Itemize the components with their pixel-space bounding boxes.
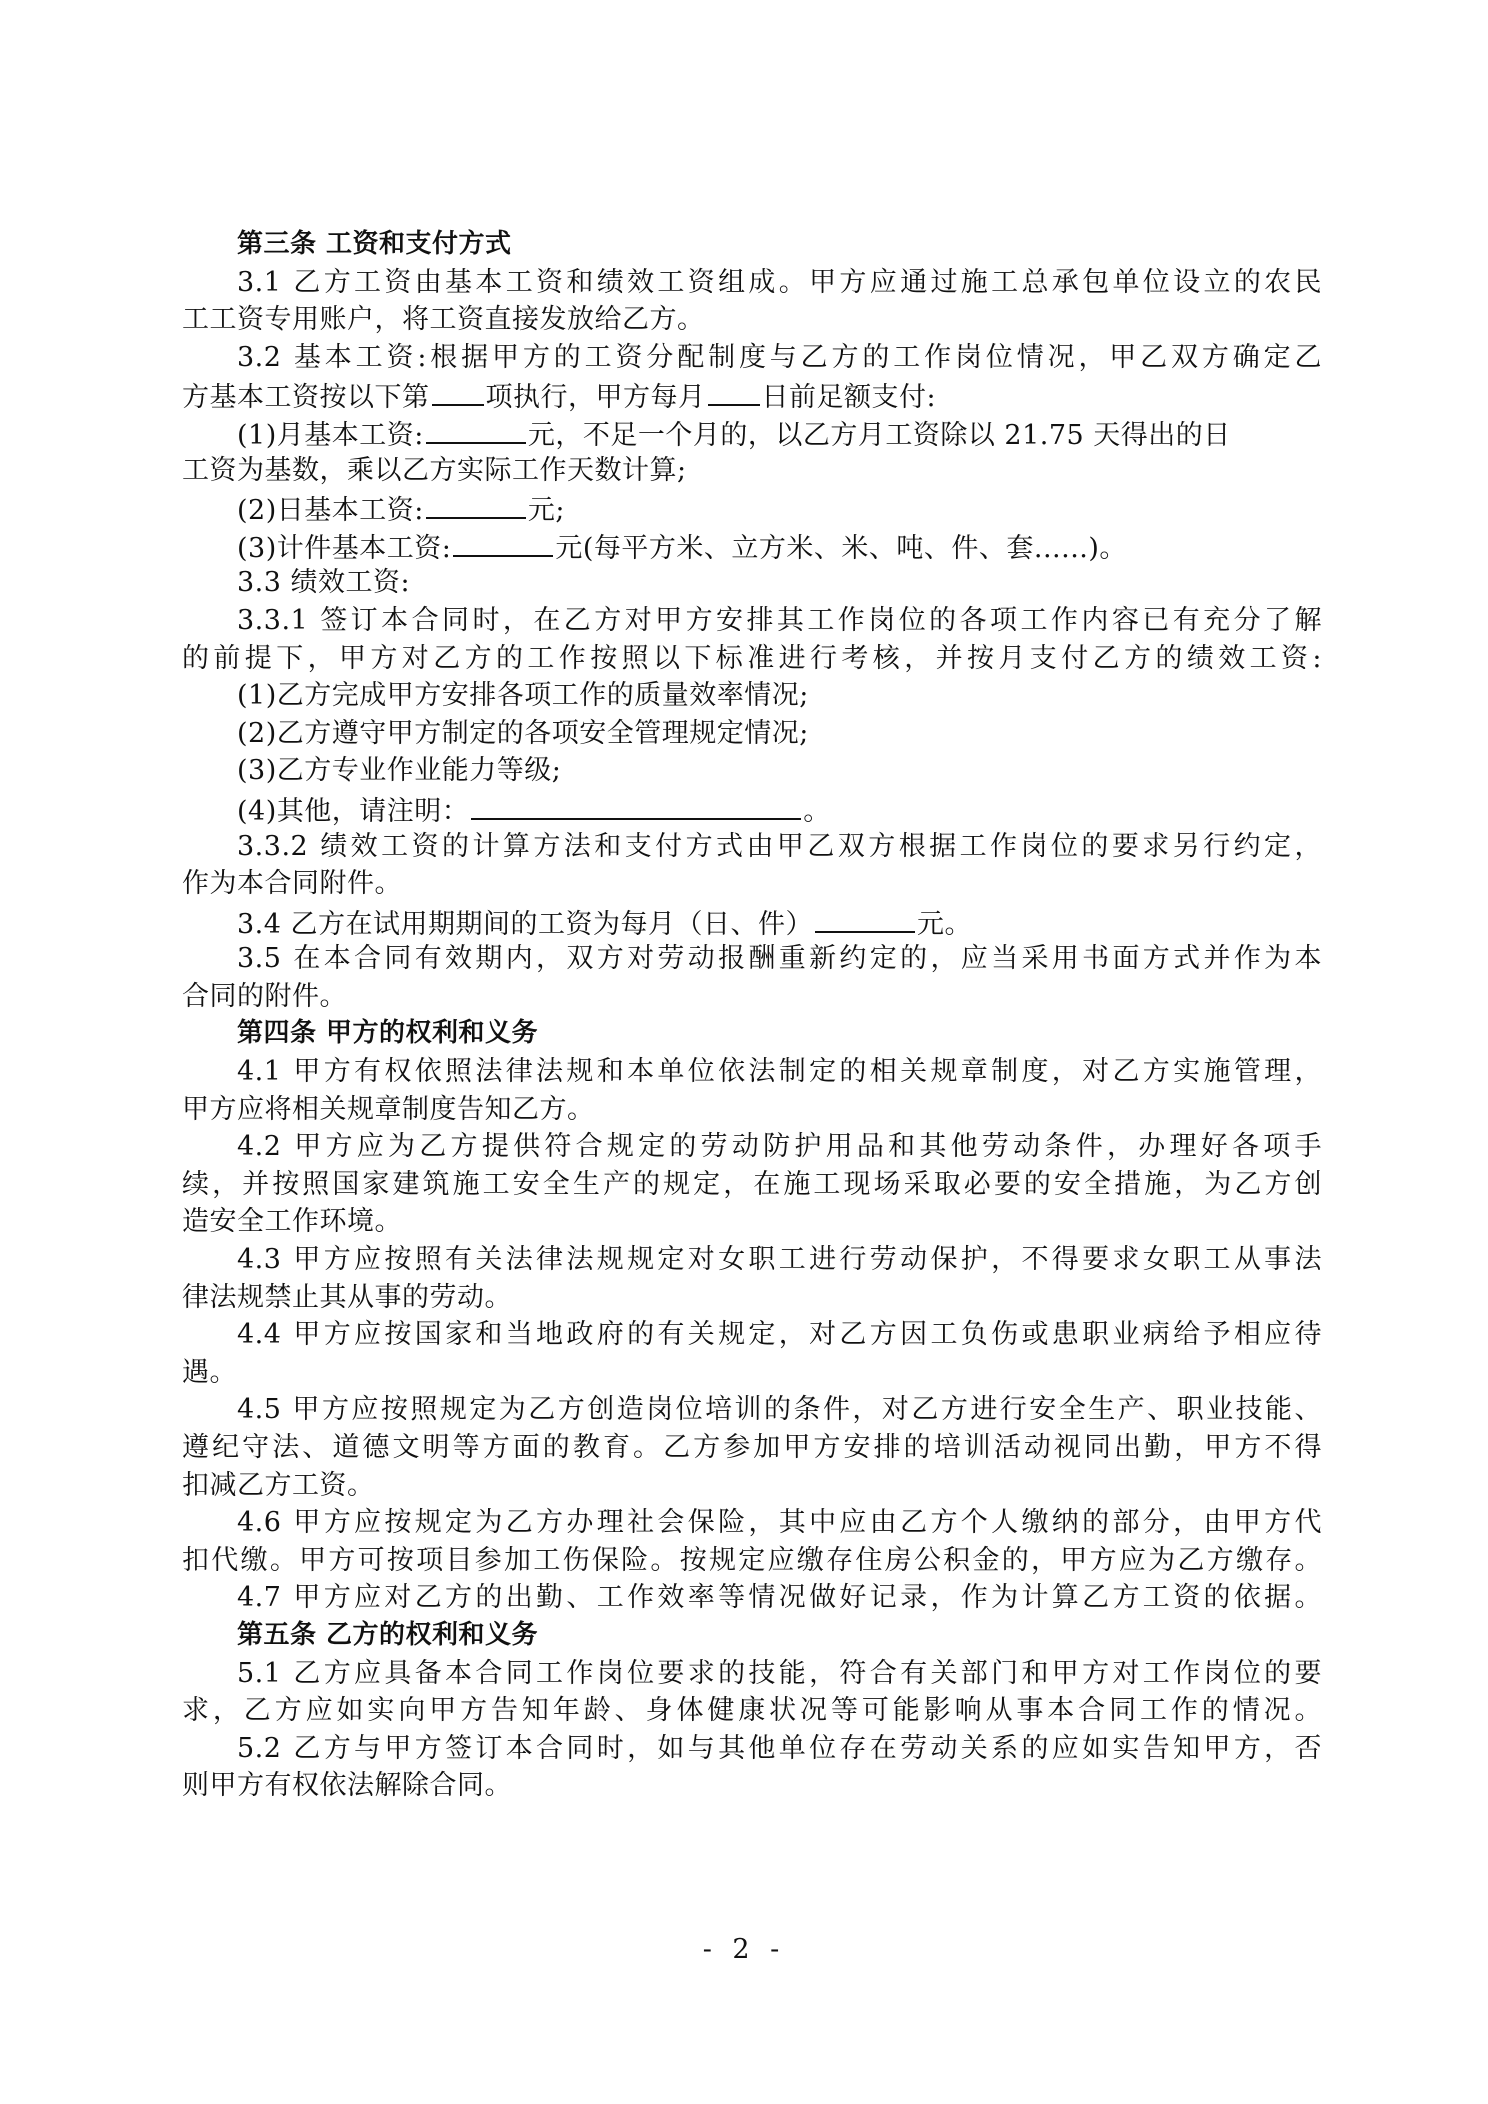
clause-3-3-2-line-1: 3.3.2 绩效工资的计算方法和支付方式由甲乙双方根据工作岗位的要求另行约定，	[182, 828, 1322, 866]
piece-wage-blank[interactable]	[453, 527, 553, 557]
piece-wage-unit: 元(每平方米、立方米、米、吨、件、套......)。	[555, 533, 1127, 564]
clause-3-3-2-line-2: 作为本合同附件。	[182, 865, 1322, 903]
clause-3-2-text-a: 方基本工资按以下第	[182, 382, 430, 413]
daily-wage-label: (2)日基本工资:	[237, 495, 424, 526]
clause-3-5-line-1: 3.5 在本合同有效期内，双方对劳动报酬重新约定的，应当采用书面方式并作为本	[182, 940, 1322, 978]
criteria-item-3: (3)乙方专业作业能力等级;	[182, 752, 1322, 790]
article-5-line-3: 5.2 乙方与甲方签订本合同时，如与其他单位存在劳动关系的应如实告知甲方，否	[182, 1730, 1322, 1768]
article-4-line-9: 遇。	[182, 1354, 1322, 1392]
criteria-other-end: 。	[803, 796, 831, 827]
article-5-line-1: 5.1 乙方应具备本合同工作岗位要求的技能，符合有关部门和甲方对工作岗位的要	[182, 1655, 1322, 1693]
monthly-wage-label: (1)月基本工资:	[237, 420, 424, 451]
page-number: - 2 -	[0, 1934, 1488, 1965]
article-4-body: 4.1 甲方有权依照法律法规和本单位依法制定的相关规章制度，对乙方实施管理，甲方…	[182, 1053, 1322, 1617]
article-4-line-8: 4.4 甲方应按国家和当地政府的有关规定，对乙方因工负伤或患职业病给予相应待	[182, 1316, 1322, 1354]
article-4-line-1: 4.1 甲方有权依照法律法规和本单位依法制定的相关规章制度，对乙方实施管理，	[182, 1053, 1322, 1091]
clause-3-2-line-1: 3.2 基本工资:根据甲方的工资分配制度与乙方的工作岗位情况，甲乙双方确定乙	[182, 339, 1322, 377]
criteria-item-1: (1)乙方完成甲方安排各项工作的质量效率情况;	[182, 677, 1322, 715]
article-4-line-5: 造安全工作环境。	[182, 1203, 1322, 1241]
criteria-item-2: (2)乙方遵守甲方制定的各项安全管理规定情况;	[182, 715, 1322, 753]
article-4-line-4: 续，并按照国家建筑施工安全生产的规定，在施工现场采取必要的安全措施，为乙方创	[182, 1166, 1322, 1204]
clause-3-1-line-2: 工工资专用账户，将工资直接发放给乙方。	[182, 301, 1322, 339]
clause-3-5-line-2: 合同的附件。	[182, 978, 1322, 1016]
article-4-line-10: 4.5 甲方应按照规定为乙方创造岗位培训的条件，对乙方进行安全生产、职业技能、	[182, 1391, 1322, 1429]
clause-3-3-1-line-2: 的前提下，甲方对乙方的工作按照以下标准进行考核，并按月支付乙方的绩效工资:	[182, 640, 1322, 678]
clause-3-2-2: (2)日基本工资:元;	[182, 489, 1322, 527]
probation-wage-unit: 元。	[917, 909, 972, 940]
monthly-wage-text: 元，不足一个月的，以乙方月工资除以 21.75 天得出的日	[528, 420, 1231, 451]
article-4-line-13: 4.6 甲方应按规定为乙方办理社会保险，其中应由乙方个人缴纳的部分，由甲方代	[182, 1504, 1322, 1542]
daily-wage-blank[interactable]	[426, 489, 526, 519]
monthly-wage-blank[interactable]	[426, 414, 526, 444]
article-4-line-15: 4.7 甲方应对乙方的出勤、工作效率等情况做好记录，作为计算乙方工资的依据。	[182, 1579, 1322, 1617]
article-4-line-12: 扣减乙方工资。	[182, 1467, 1322, 1505]
clause-3-2-1-line-1: (1)月基本工资:元，不足一个月的，以乙方月工资除以 21.75 天得出的日	[182, 414, 1322, 452]
article-4-line-6: 4.3 甲方应按照有关法律法规规定对女职工进行劳动保护，不得要求女职工从事法	[182, 1241, 1322, 1279]
clause-3-4: 3.4 乙方在试用期期间的工资为每月（日、件）元。	[182, 903, 1322, 941]
clause-3-2-text-b: 项执行，甲方每月	[486, 382, 706, 413]
clause-3-3: 3.3 绩效工资:	[182, 564, 1322, 602]
article-4-line-14: 扣代缴。甲方可按项目参加工伤保险。按规定应缴存住房公积金的，甲方应为乙方缴存。	[182, 1542, 1322, 1580]
probation-wage-text: 3.4 乙方在试用期期间的工资为每月（日、件）	[237, 909, 813, 940]
article-4-line-11: 遵纪守法、道德文明等方面的教育。乙方参加甲方安排的培训活动视同出勤，甲方不得	[182, 1429, 1322, 1467]
item-number-blank[interactable]	[432, 376, 484, 406]
section-heading-article-3: 第三条 工资和支付方式	[182, 226, 1322, 264]
pay-day-blank[interactable]	[708, 376, 760, 406]
clause-3-2-line-2: 方基本工资按以下第项执行，甲方每月日前足额支付:	[182, 376, 1322, 414]
criteria-other-label: (4)其他，请注明：	[237, 796, 469, 827]
piece-wage-label: (3)计件基本工资:	[237, 533, 451, 564]
article-5-line-2: 求，乙方应如实向甲方告知年龄、身体健康状况等可能影响从事本合同工作的情况。	[182, 1692, 1322, 1730]
clause-3-2-1-line-2: 工资为基数，乘以乙方实际工作天数计算;	[182, 452, 1322, 490]
criteria-other-blank[interactable]	[471, 790, 801, 820]
article-4-line-2: 甲方应将相关规章制度告知乙方。	[182, 1091, 1322, 1129]
article-4-line-7: 律法规禁止其从事的劳动。	[182, 1279, 1322, 1317]
document-page: 第三条 工资和支付方式 3.1 乙方工资由基本工资和绩效工资组成。甲方应通过施工…	[182, 226, 1322, 1805]
clause-3-2-text-c: 日前足额支付:	[762, 382, 937, 413]
article-4-line-3: 4.2 甲方应为乙方提供符合规定的劳动防护用品和其他劳动条件，办理好各项手	[182, 1128, 1322, 1166]
article-5-line-4: 则甲方有权依法解除合同。	[182, 1767, 1322, 1805]
clause-3-1-line-1: 3.1 乙方工资由基本工资和绩效工资组成。甲方应通过施工总承包单位设立的农民	[182, 264, 1322, 302]
clause-3-2-3: (3)计件基本工资:元(每平方米、立方米、米、吨、件、套......)。	[182, 527, 1322, 565]
daily-wage-unit: 元;	[528, 495, 565, 526]
article-5-body: 5.1 乙方应具备本合同工作岗位要求的技能，符合有关部门和甲方对工作岗位的要求，…	[182, 1655, 1322, 1805]
section-heading-article-5: 第五条 乙方的权利和义务	[182, 1617, 1322, 1655]
criteria-item-4: (4)其他，请注明：。	[182, 790, 1322, 828]
clause-3-3-1-line-1: 3.3.1 签订本合同时，在乙方对甲方安排其工作岗位的各项工作内容已有充分了解	[182, 602, 1322, 640]
section-heading-article-4: 第四条 甲方的权利和义务	[182, 1015, 1322, 1053]
probation-wage-blank[interactable]	[815, 903, 915, 933]
